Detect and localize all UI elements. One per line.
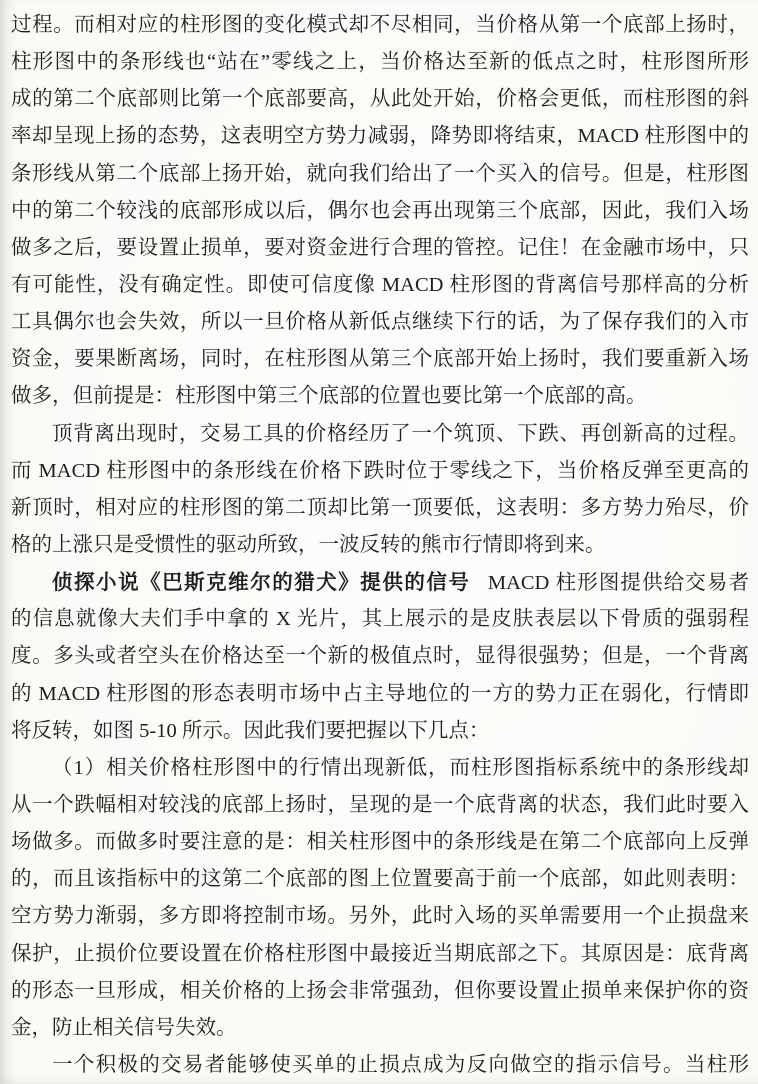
text-line: 条形线从第二个底部上扬开始，就向我们给出了一个买入的信号。但是，柱形图 (11, 156, 749, 193)
text-line: 过程。而相对应的柱形图的变化模式却不尽相同，当价格从第一个底部上扬时， (11, 7, 749, 44)
section-heading: 侦探小说《巴斯克维尔的猎犬》提供的信号 (52, 571, 470, 594)
text-line: 成的第二个底部则比第一个底部要高，从此处开始，价格会更低，而柱形图的斜 (11, 81, 749, 118)
text-line: 金，防止相关信号失效。 (11, 1010, 749, 1047)
text-line: 将反转，如图 5-10 所示。因此我们要把握以下几点： (11, 713, 749, 750)
text-line: 工具偶尔也会失效，所以一旦价格从新低点继续下行的话，为了保存我们的入市 (11, 304, 749, 341)
text-line: 的形态一旦形成，相关价格的上扬会非常强劲，但你要设置止损单来保护你的资 (11, 973, 749, 1010)
text-line: 保护，止损价位要设置在价格柱形图中最接近当期底部之下。其原因是：底背离 (11, 936, 749, 973)
text-line: 空方势力渐弱，多方即将控制市场。另外，此时入场的买单需要用一个止损盘来 (11, 898, 749, 935)
text-line: 率却呈现上扬的态势，这表明空方势力减弱，降势即将结束，MACD 柱形图中的 (11, 118, 749, 155)
text-line: 格的上涨只是受惯性的驱动所致，一波反转的熊市行情即将到来。 (11, 527, 749, 564)
text-line: 侦探小说《巴斯克维尔的猎犬》提供的信号MACD 柱形图提供给交易者 (11, 564, 749, 601)
list-item-line: （1）相关价格柱形图中的行情出现新低，而柱形图指标系统中的条形线却 (11, 750, 749, 787)
text-line-continuation: MACD 柱形图提供给交易者 (488, 572, 749, 594)
text-line: 而 MACD 柱形图中的条形线在价格下跌时位于零线之下，当价格反弹至更高的 (11, 453, 749, 490)
text-line: 度。多头或者空头在价格达至一个新的极值点时，显得很强势；但是，一个背离 (11, 638, 749, 675)
text-line: 从一个跌幅相对较浅的底部上扬时，呈现的是一个底背离的状态，我们此时要入 (11, 787, 749, 824)
text-line: 顶背离出现时，交易工具的价格经历了一个筑顶、下跌、再创新高的过程。 (11, 416, 749, 453)
text-line: 柱形图中的条形线也“站在”零线之上，当价格达至新的低点之时，柱形图所形 (11, 44, 749, 81)
text-line: 一个积极的交易者能够使买单的止损点成为反向做空的指示信号。当柱形 (11, 1047, 749, 1084)
text-line: 做多之后，要设置止损单，要对资金进行合理的管控。记住！在金融市场中，只 (11, 230, 749, 267)
text-line: 的信息就像大夫们手中拿的 X 光片，其上展示的是皮肤表层以下骨质的强弱程 (11, 601, 749, 638)
text-line: 新顶时，相对应的柱形图的第二顶却比第一顶要低，这表明：多方势力殆尽，价 (11, 490, 749, 527)
text-line: 有可能性，没有确定性。即使可信度像 MACD 柱形图的背离信号那样高的分析 (11, 267, 749, 304)
book-page: 过程。而相对应的柱形图的变化模式却不尽相同，当价格从第一个底部上扬时， 柱形图中… (0, 0, 758, 1084)
text-line: 中的第二个较浅的底部形成以后，偶尔也会再出现第三个底部，因此，我们入场 (11, 193, 749, 230)
text-line: 的，而且该指标中的这第二个底部的图上位置要高于前一个底部，如此则表明： (11, 861, 749, 898)
text-line: 场做多。而做多时要注意的是：相关柱形图中的条形线是在第二个底部向上反弹 (11, 824, 749, 861)
text-line: 资金，要果断离场，同时，在柱形图从第三个底部开始上扬时，我们要重新入场 (11, 341, 749, 378)
text-line: 的 MACD 柱形图的形态表明市场中占主导地位的一方的势力正在弱化，行情即 (11, 676, 749, 713)
text-line: 做多，但前提是：柱形图中第三个底部的位置也要比第一个底部的高。 (11, 378, 749, 415)
